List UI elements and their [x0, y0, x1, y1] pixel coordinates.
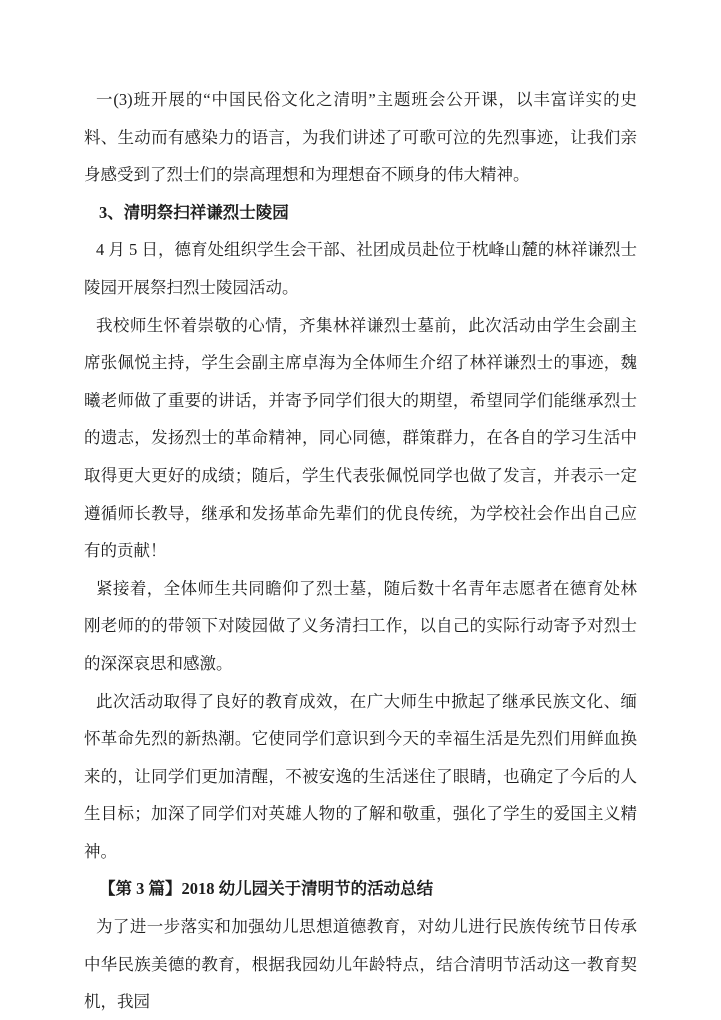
body-paragraph: 此次活动取得了良好的教育成效，在广大师生中掀起了继承民族文化、缅怀革命先烈的新热… — [84, 683, 637, 871]
document-text-area: 一(3)班开展的“中国民俗文化之清明”主题班会公开课，以丰富详实的史料、生动而有… — [84, 81, 637, 1020]
body-paragraph: 紧接着，全体师生共同瞻仰了烈士墓，随后数十名青年志愿者在德育处林刚老师的的带领下… — [84, 570, 637, 683]
body-paragraph: 4 月 5 日，德育处组织学生会干部、社团成员赴位于枕峰山麓的林祥谦烈士陵园开展… — [84, 231, 637, 306]
section-heading: 【第 3 篇】2018 幼儿园关于清明节的活动总结 — [84, 870, 637, 908]
section-heading: 3、清明祭扫祥谦烈士陵园 — [84, 194, 637, 232]
document-page: 一(3)班开展的“中国民俗文化之清明”主题班会公开课，以丰富详实的史料、生动而有… — [0, 0, 721, 1020]
body-paragraph: 我校师生怀着崇敬的心情，齐集林祥谦烈士墓前，此次活动由学生会副主席张佩悦主持，学… — [84, 307, 637, 570]
body-paragraph: 为了进一步落实和加强幼儿思想道德教育，对幼儿进行民族传统节日传承中华民族美德的教… — [84, 908, 637, 1020]
body-paragraph: 一(3)班开展的“中国民俗文化之清明”主题班会公开课，以丰富详实的史料、生动而有… — [84, 81, 637, 194]
